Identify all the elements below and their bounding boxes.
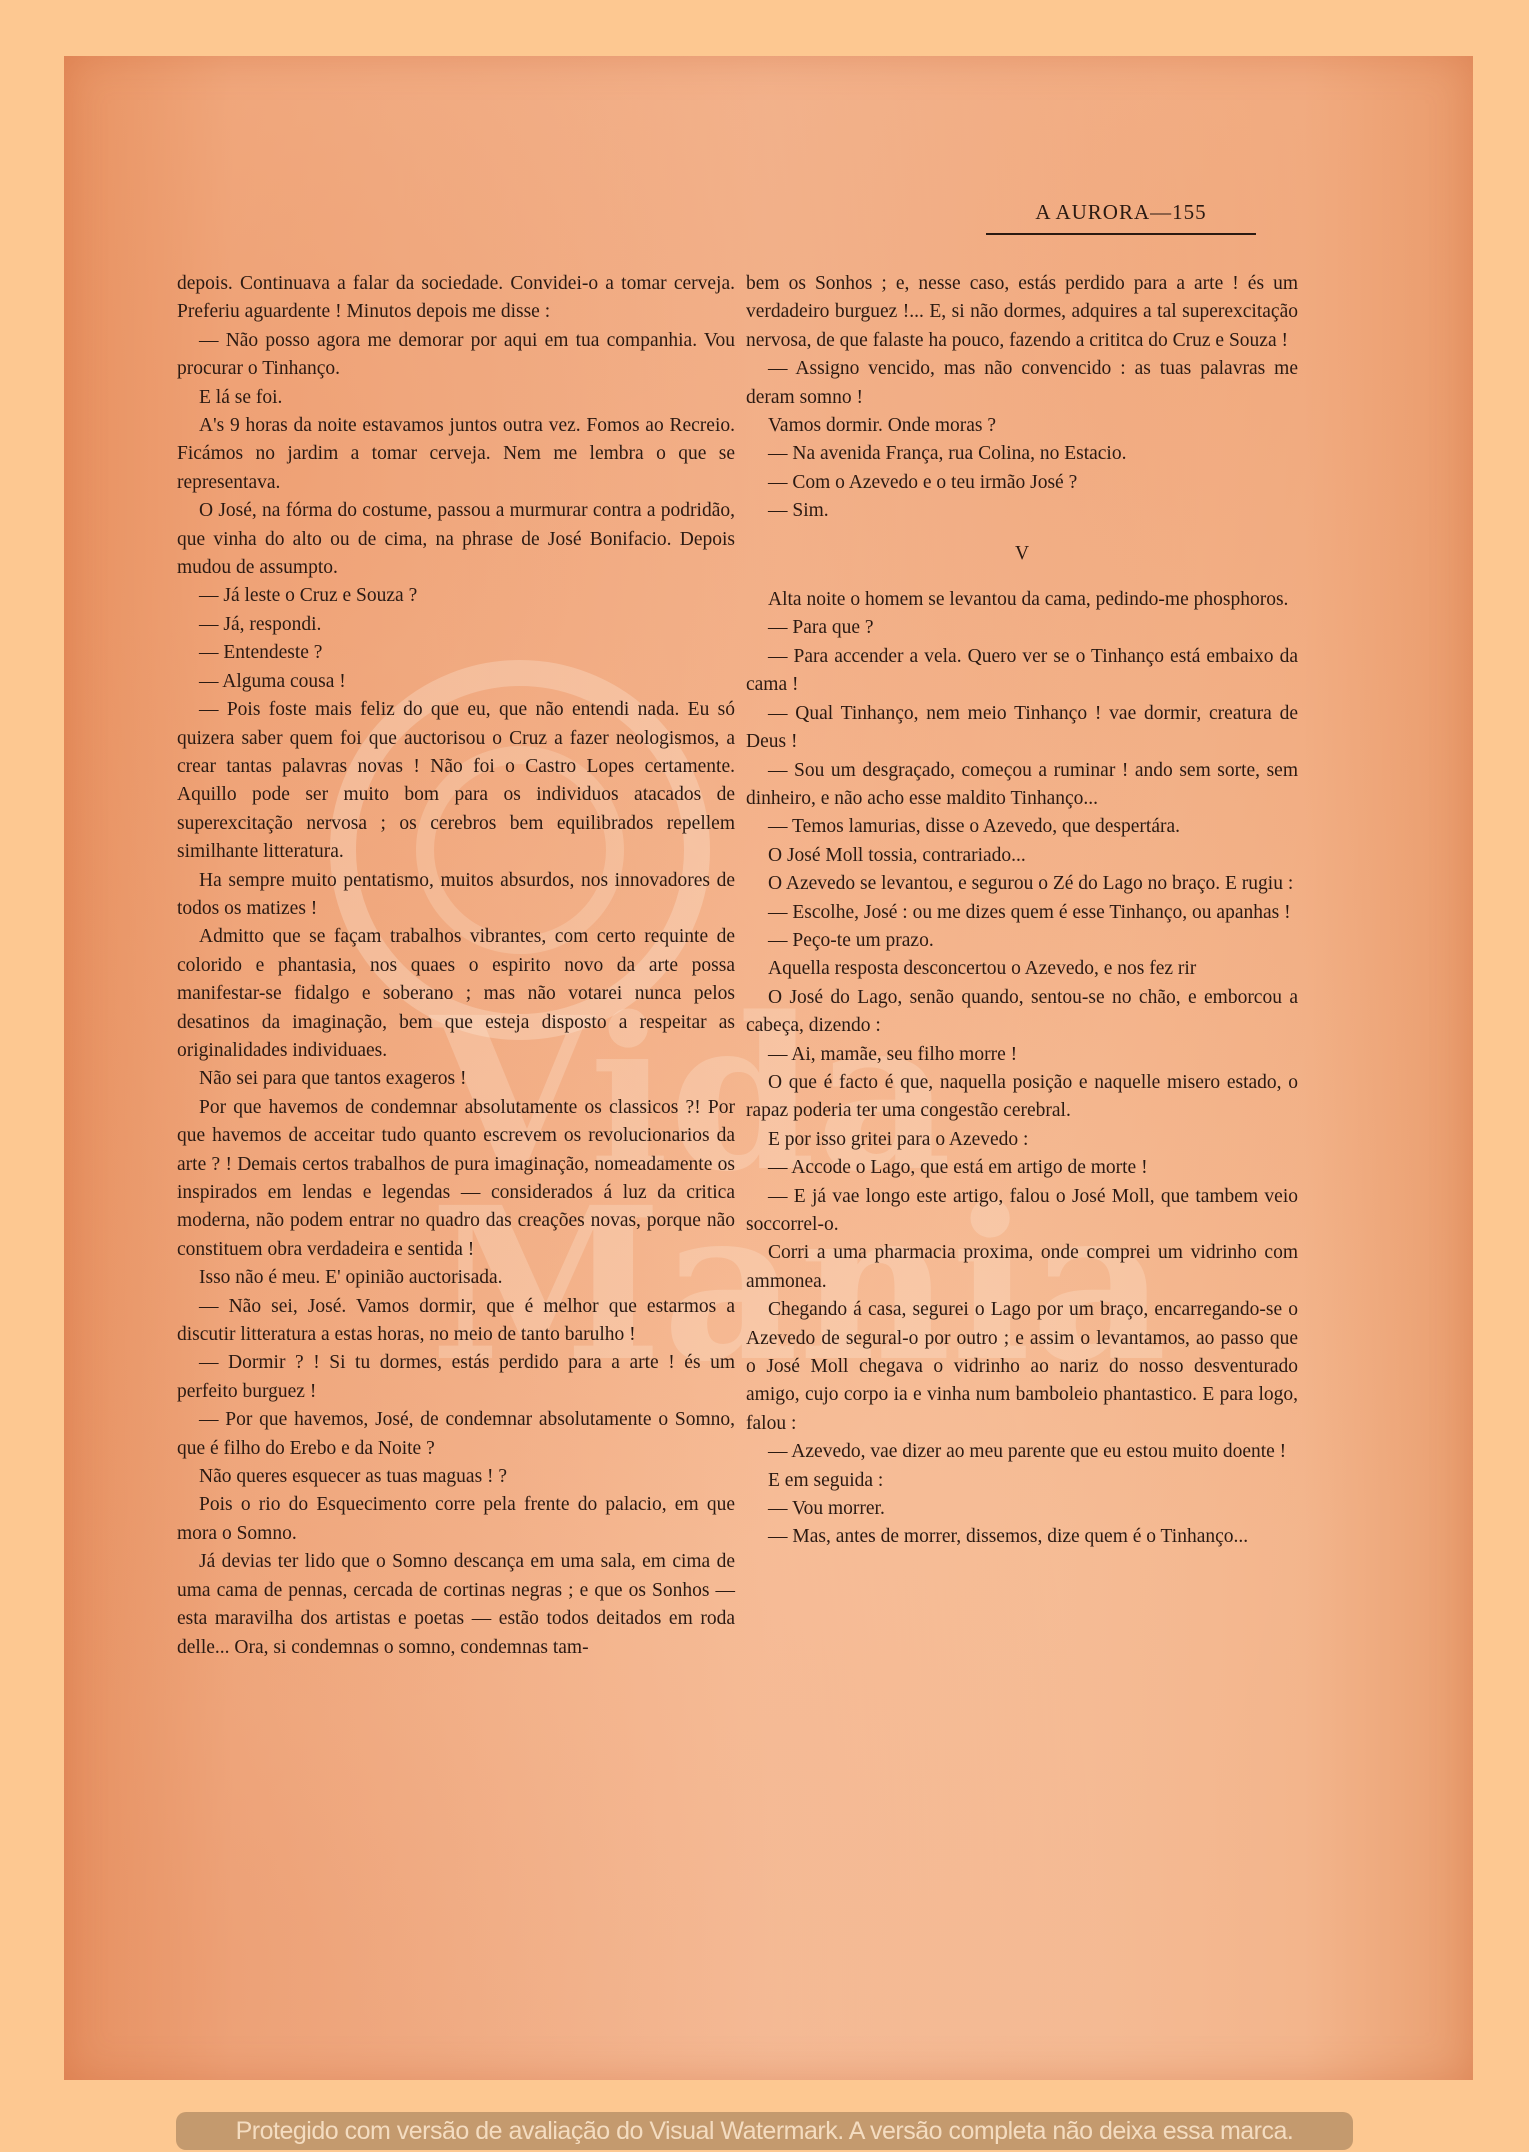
right-column: bem os Sonhos ; e, nesse caso, estás per… bbox=[746, 270, 1298, 1552]
right-column-part-2: Alta noite o homem se levantou da cama, … bbox=[746, 586, 1298, 1552]
paragraph: — Ai, mamãe, seu filho morre ! bbox=[746, 1041, 1298, 1069]
paragraph: — E já vae longo este artigo, falou o Jo… bbox=[746, 1183, 1298, 1240]
paragraph: E lá se foi. bbox=[177, 384, 735, 412]
paragraph: — Entendeste ? bbox=[177, 639, 735, 667]
paragraph: — Vou morrer. bbox=[746, 1495, 1298, 1523]
paragraph: — Pois foste mais feliz do que eu, que n… bbox=[177, 696, 735, 866]
paragraph: — Não posso agora me demorar por aqui em… bbox=[177, 327, 735, 384]
paragraph: — Azevedo, vae dizer ao meu parente que … bbox=[746, 1438, 1298, 1466]
paragraph: O José, na fórma do costume, passou a mu… bbox=[177, 497, 735, 582]
right-column-part-1: bem os Sonhos ; e, nesse caso, estás per… bbox=[746, 270, 1298, 526]
paragraph: — Alguma cousa ! bbox=[177, 668, 735, 696]
paragraph: Ha sempre muito pentatismo, muitos absur… bbox=[177, 867, 735, 924]
paragraph: Pois o rio do Esquecimento corre pela fr… bbox=[177, 1491, 735, 1548]
paragraph: — Dormir ? ! Si tu dormes, estás perdido… bbox=[177, 1349, 735, 1406]
paragraph: — Accode o Lago, que está em artigo de m… bbox=[746, 1154, 1298, 1182]
paragraph: — Sou um desgraçado, começou a ruminar !… bbox=[746, 757, 1298, 814]
paragraph: Admitto que se façam trabalhos vibrantes… bbox=[177, 923, 735, 1065]
paragraph: — Temos lamurias, disse o Azevedo, que d… bbox=[746, 813, 1298, 841]
paragraph: — Com o Azevedo e o teu irmão José ? bbox=[746, 469, 1298, 497]
paragraph: — Mas, antes de morrer, dissemos, dize q… bbox=[746, 1523, 1298, 1551]
paragraph: Isso não é meu. E' opinião auctorisada. bbox=[177, 1264, 735, 1292]
paragraph: O Azevedo se levantou, e segurou o Zé do… bbox=[746, 870, 1298, 898]
paragraph: Já devias ter lido que o Somno descança … bbox=[177, 1548, 735, 1662]
paragraph: Por que havemos de condemnar absolutamen… bbox=[177, 1094, 735, 1264]
paragraph: Corri a uma pharmacia proxima, onde comp… bbox=[746, 1239, 1298, 1296]
paragraph: Alta noite o homem se levantou da cama, … bbox=[746, 586, 1298, 614]
paragraph: bem os Sonhos ; e, nesse caso, estás per… bbox=[746, 270, 1298, 355]
paragraph: — Por que havemos, José, de condemnar ab… bbox=[177, 1406, 735, 1463]
section-heading: V bbox=[746, 540, 1298, 568]
paragraph: — Peço-te um prazo. bbox=[746, 927, 1298, 955]
paragraph: — Para accender a vela. Quero ver se o T… bbox=[746, 643, 1298, 700]
watermark-banner: Protegido com versão de avaliação do Vis… bbox=[176, 2112, 1353, 2150]
paragraph: A's 9 horas da noite estavamos juntos ou… bbox=[177, 412, 735, 497]
left-column: depois. Continuava a falar da sociedade.… bbox=[177, 270, 735, 1662]
paragraph: — Já, respondi. bbox=[177, 611, 735, 639]
paragraph: — Não sei, José. Vamos dormir, que é mel… bbox=[177, 1293, 735, 1350]
paragraph: depois. Continuava a falar da sociedade.… bbox=[177, 270, 735, 327]
paragraph: O José do Lago, senão quando, sentou-se … bbox=[746, 984, 1298, 1041]
running-head: A AURORA—155 bbox=[986, 200, 1256, 235]
paragraph: E em seguida : bbox=[746, 1467, 1298, 1495]
paragraph: Aquella resposta desconcertou o Azevedo,… bbox=[746, 955, 1298, 983]
paragraph: — Sim. bbox=[746, 497, 1298, 525]
paragraph: E por isso gritei para o Azevedo : bbox=[746, 1126, 1298, 1154]
paragraph: Chegando á casa, segurei o Lago por um b… bbox=[746, 1296, 1298, 1438]
paragraph: — Assigno vencido, mas não convencido : … bbox=[746, 355, 1298, 412]
paragraph: Não sei para que tantos exageros ! bbox=[177, 1065, 735, 1093]
paragraph: O José Moll tossia, contrariado... bbox=[746, 842, 1298, 870]
paragraph: — Escolhe, José : ou me dizes quem é ess… bbox=[746, 899, 1298, 927]
paragraph: Não queres esquecer as tuas maguas ! ? bbox=[177, 1463, 735, 1491]
paragraph: — Para que ? bbox=[746, 614, 1298, 642]
paragraph: — Na avenida França, rua Colina, no Esta… bbox=[746, 440, 1298, 468]
paragraph: O que é facto é que, naquella posição e … bbox=[746, 1069, 1298, 1126]
paragraph: — Qual Tinhanço, nem meio Tinhanço ! vae… bbox=[746, 700, 1298, 757]
paragraph: Vamos dormir. Onde moras ? bbox=[746, 412, 1298, 440]
paragraph: — Já leste o Cruz e Souza ? bbox=[177, 582, 735, 610]
